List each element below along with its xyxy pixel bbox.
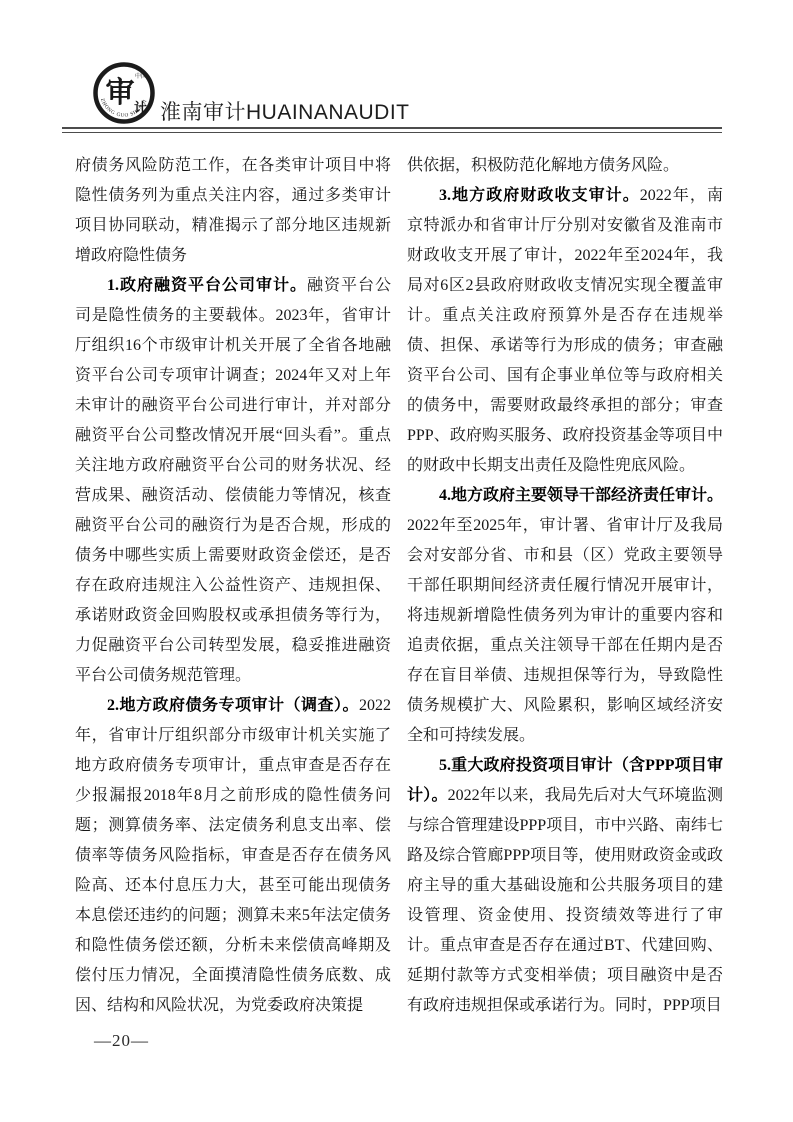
paragraph: 4.地方政府主要领导干部经济责任审计。2022年至2025年，审计署、省审计厅及…	[407, 481, 723, 751]
paragraph-lead: 4.地方政府主要领导干部经济责任审计。	[439, 487, 723, 504]
paragraph: 1.政府融资平台公司审计。融资平台公司是隐性债务的主要载体。2023年，省审计厅…	[75, 271, 391, 691]
paragraph-text: 2022年至2025年，审计署、省审计厅及我局会对安部分省、市和县（区）党政主要…	[407, 517, 723, 744]
header-divider	[62, 127, 722, 133]
paragraph-text: 2022年以来，我局先后对大气环境监测与综合管理建设PPP项目，市中兴路、南纬七…	[407, 787, 723, 1014]
paragraph: 5.重大政府投资项目审计（含PPP项目审计）。2022年以来，我局先后对大气环境…	[407, 751, 723, 1021]
paragraph-text: 2022年，省审计厅组织部分市级审计机关实施了地方政府债务专项审计，重点审查是否…	[75, 697, 391, 1014]
paragraph-lead: 2.地方政府债务专项审计（调查）。	[107, 697, 359, 714]
paragraph-lead: 1.政府融资平台公司审计。	[107, 277, 307, 294]
paragraph: 府债务风险防范工作，在各类审计项目中将隐性债务列为重点关注内容，通过多类审计项目…	[75, 151, 391, 271]
page-header: 审 计 中国 ZHONG GUO SHEN JI 淮南审计HUAINANAUDI…	[0, 0, 793, 135]
paragraph-text: 2022年，南京特派办和省审计厅分别对安徽省及淮南市财政收支开展了审计，2022…	[407, 187, 723, 474]
paragraph-text: 融资平台公司是隐性债务的主要载体。2023年，省审计厅组织16个市级审计机关开展…	[75, 277, 391, 684]
seal-top-text: 中国	[135, 72, 147, 80]
paragraph: 3.地方政府财政收支审计。2022年，南京特派办和省审计厅分别对安徽省及淮南市财…	[407, 181, 723, 481]
paragraph-text: 府债务风险防范工作，在各类审计项目中将隐性债务列为重点关注内容，通过多类审计项目…	[75, 157, 391, 264]
paragraph: 供依据，积极防范化解地方债务风险。	[407, 151, 723, 181]
seal-main-char: 审	[105, 75, 134, 109]
paragraph: 2.地方政府债务专项审计（调查）。2022年，省审计厅组织部分市级审计机关实施了…	[75, 691, 391, 1021]
right-column: 供依据，积极防范化解地方债务风险。 3.地方政府财政收支审计。2022年，南京特…	[407, 151, 723, 1021]
left-column: 府债务风险防范工作，在各类审计项目中将隐性债务列为重点关注内容，通过多类审计项目…	[75, 151, 391, 1021]
paragraph-text: 供依据，积极防范化解地方债务风险。	[407, 157, 679, 174]
paragraph-lead: 3.地方政府财政收支审计。	[439, 187, 640, 204]
article-body: 府债务风险防范工作，在各类审计项目中将隐性债务列为重点关注内容，通过多类审计项目…	[75, 151, 723, 1021]
page-number: —20—	[94, 1031, 149, 1050]
audit-seal-logo-icon: 审 计 中国 ZHONG GUO SHEN JI	[92, 61, 156, 125]
page-footer: —20—	[94, 1031, 149, 1051]
masthead-title: 淮南审计HUAINANAUDIT	[160, 96, 410, 126]
